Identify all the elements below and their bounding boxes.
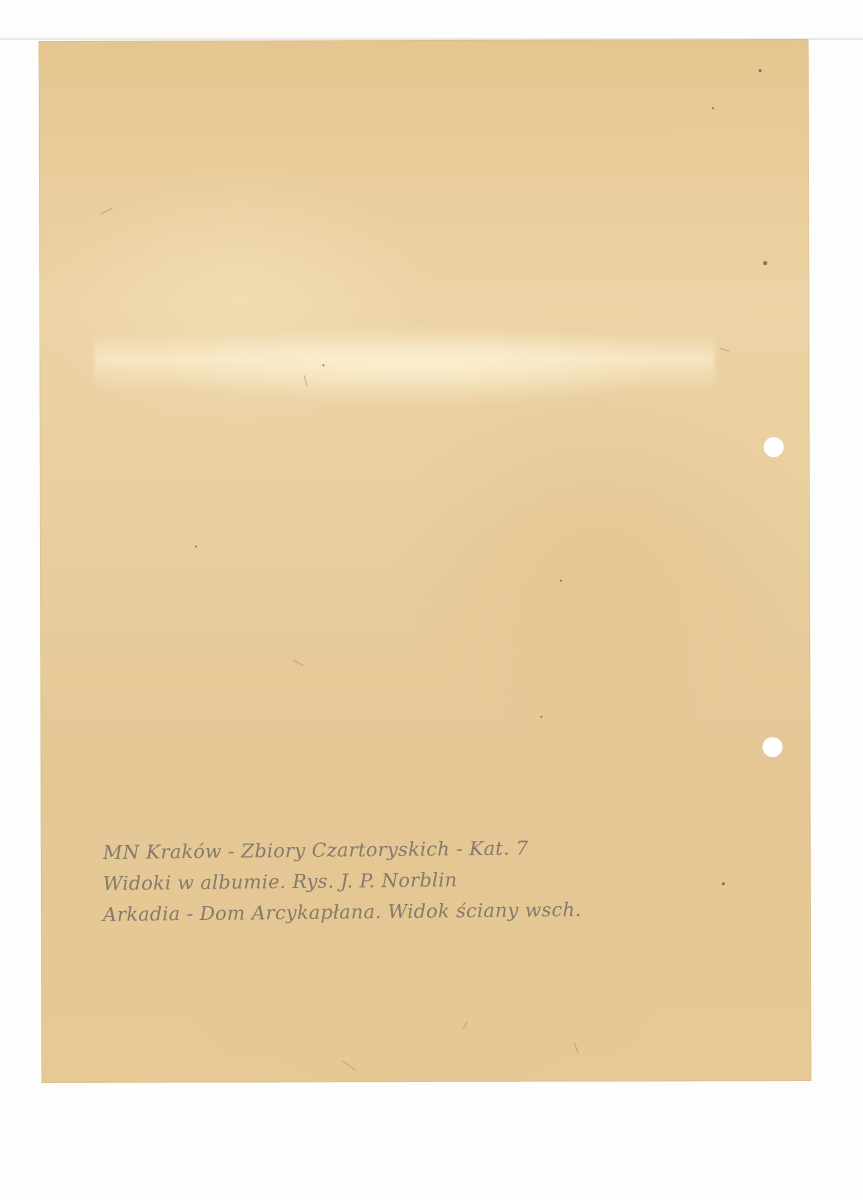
paper-fiber	[463, 1022, 468, 1029]
paper-speck	[322, 364, 324, 366]
punch-hole-upper	[764, 437, 784, 457]
paper-fiber	[574, 1043, 578, 1053]
paper-speck	[763, 261, 767, 265]
paper-speck	[540, 716, 542, 718]
paper-fiber	[100, 208, 113, 215]
paper-fiber	[720, 348, 730, 352]
paper-speck	[759, 69, 762, 72]
paper-fiber	[342, 1061, 356, 1071]
paper-speck	[195, 546, 197, 548]
paper-speck	[560, 580, 562, 582]
punch-hole-lower	[762, 737, 782, 757]
note-line-subject: Arkadia - Dom Arcykapłana. Widok ściany …	[103, 893, 803, 931]
paper-speck	[712, 107, 714, 109]
handwritten-notes: MN Kraków - Zbiory Czartoryskich - Kat. …	[103, 838, 803, 931]
paper-fold-crease	[94, 331, 714, 393]
paper-fiber	[293, 659, 304, 666]
